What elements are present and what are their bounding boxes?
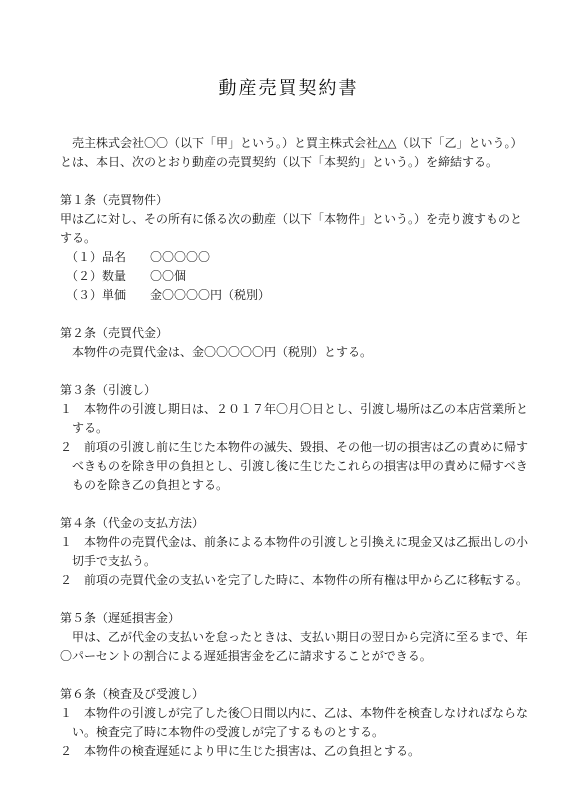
contract-line: 甲は乙に対し、その所有に係る次の動産（以下「本物件」という。）を売り渡すものと: [60, 210, 517, 229]
contract-line: ２ 本物件の検査遅延により甲に生じた損害は、乙の負担とする。: [60, 742, 517, 761]
contract-section-article-4: 第４条（代金の支払方法） １ 本物件の売買代金は、前条による本物件の引渡しと引換…: [60, 514, 517, 590]
contract-line: する。: [60, 419, 517, 438]
contract-line-item-name: （１）品名 〇〇〇〇〇: [60, 248, 517, 267]
section-heading: 第５条（遅延損害金）: [60, 609, 517, 628]
contract-line: 切手で支払う。: [60, 552, 517, 571]
contract-section-article-1: 第１条（売買物件） 甲は乙に対し、その所有に係る次の動産（以下「本物件」という。…: [60, 191, 517, 305]
contract-line: 〇パーセントの割合による遅延損害金を乙に請求することができる。: [60, 647, 517, 666]
contract-line: 本物件の売買代金は、金〇〇〇〇〇円（税別）とする。: [60, 343, 517, 362]
contract-line: する。: [60, 229, 517, 248]
contract-line: １ 本物件の売買代金は、前条による本物件の引渡しと引換えに現金又は乙振出しの小: [60, 533, 517, 552]
section-heading: 第２条（売買代金）: [60, 324, 517, 343]
contract-line: い。検査完了時に本物件の受渡しが完了するものとする。: [60, 723, 517, 742]
contract-line: べきものを除き甲の負担とし、引渡し後に生じたこれらの損害は甲の責めに帰すべき: [60, 457, 517, 476]
intro-line: 売主株式会社〇〇（以下「甲」という。）と買主株式会社△△（以下「乙」という。）: [60, 134, 517, 153]
document-page: 動産売買契約書 売主株式会社〇〇（以下「甲」という。）と買主株式会社△△（以下「…: [0, 0, 575, 798]
section-heading: 第４条（代金の支払方法）: [60, 514, 517, 533]
contract-section-article-6: 第６条（検査及び受渡し） １ 本物件の引渡しが完了した後〇日間以内に、乙は、本物…: [60, 685, 517, 761]
contract-line: １ 本物件の引渡し期日は、２０１７年〇月〇日とし、引渡し場所は乙の本店営業所と: [60, 400, 517, 419]
contract-line: ２ 前項の引渡し前に生じた本物件の滅失、毀損、その他一切の損害は乙の責めに帰す: [60, 438, 517, 457]
contract-section-article-3: 第３条（引渡し） １ 本物件の引渡し期日は、２０１７年〇月〇日とし、引渡し場所は…: [60, 381, 517, 495]
contract-line-item-unit-price: （３）単価 金〇〇〇〇円（税別）: [60, 286, 517, 305]
contract-section-article-5: 第５条（遅延損害金） 甲は、乙が代金の支払いを怠ったときは、支払い期日の翌日から…: [60, 609, 517, 666]
contract-line: 甲は、乙が代金の支払いを怠ったときは、支払い期日の翌日から完済に至るまで、年: [60, 628, 517, 647]
contract-line: １ 本物件の引渡しが完了した後〇日間以内に、乙は、本物件を検査しなければならな: [60, 704, 517, 723]
contract-line: ものを除き乙の負担とする。: [60, 476, 517, 495]
intro-line: とは、本日、次のとおり動産の売買契約（以下「本契約」という。）を締結する。: [60, 153, 517, 172]
section-heading: 第３条（引渡し）: [60, 381, 517, 400]
intro-paragraph: 売主株式会社〇〇（以下「甲」という。）と買主株式会社△△（以下「乙」という。） …: [60, 134, 517, 172]
document-title: 動産売買契約書: [60, 76, 517, 102]
section-heading: 第１条（売買物件）: [60, 191, 517, 210]
contract-line-item-quantity: （２）数量 〇〇個: [60, 267, 517, 286]
section-heading: 第６条（検査及び受渡し）: [60, 685, 517, 704]
contract-line: ２ 前項の売買代金の支払いを完了した時に、本物件の所有権は甲から乙に移転する。: [60, 571, 517, 590]
contract-section-article-2: 第２条（売買代金） 本物件の売買代金は、金〇〇〇〇〇円（税別）とする。: [60, 324, 517, 362]
